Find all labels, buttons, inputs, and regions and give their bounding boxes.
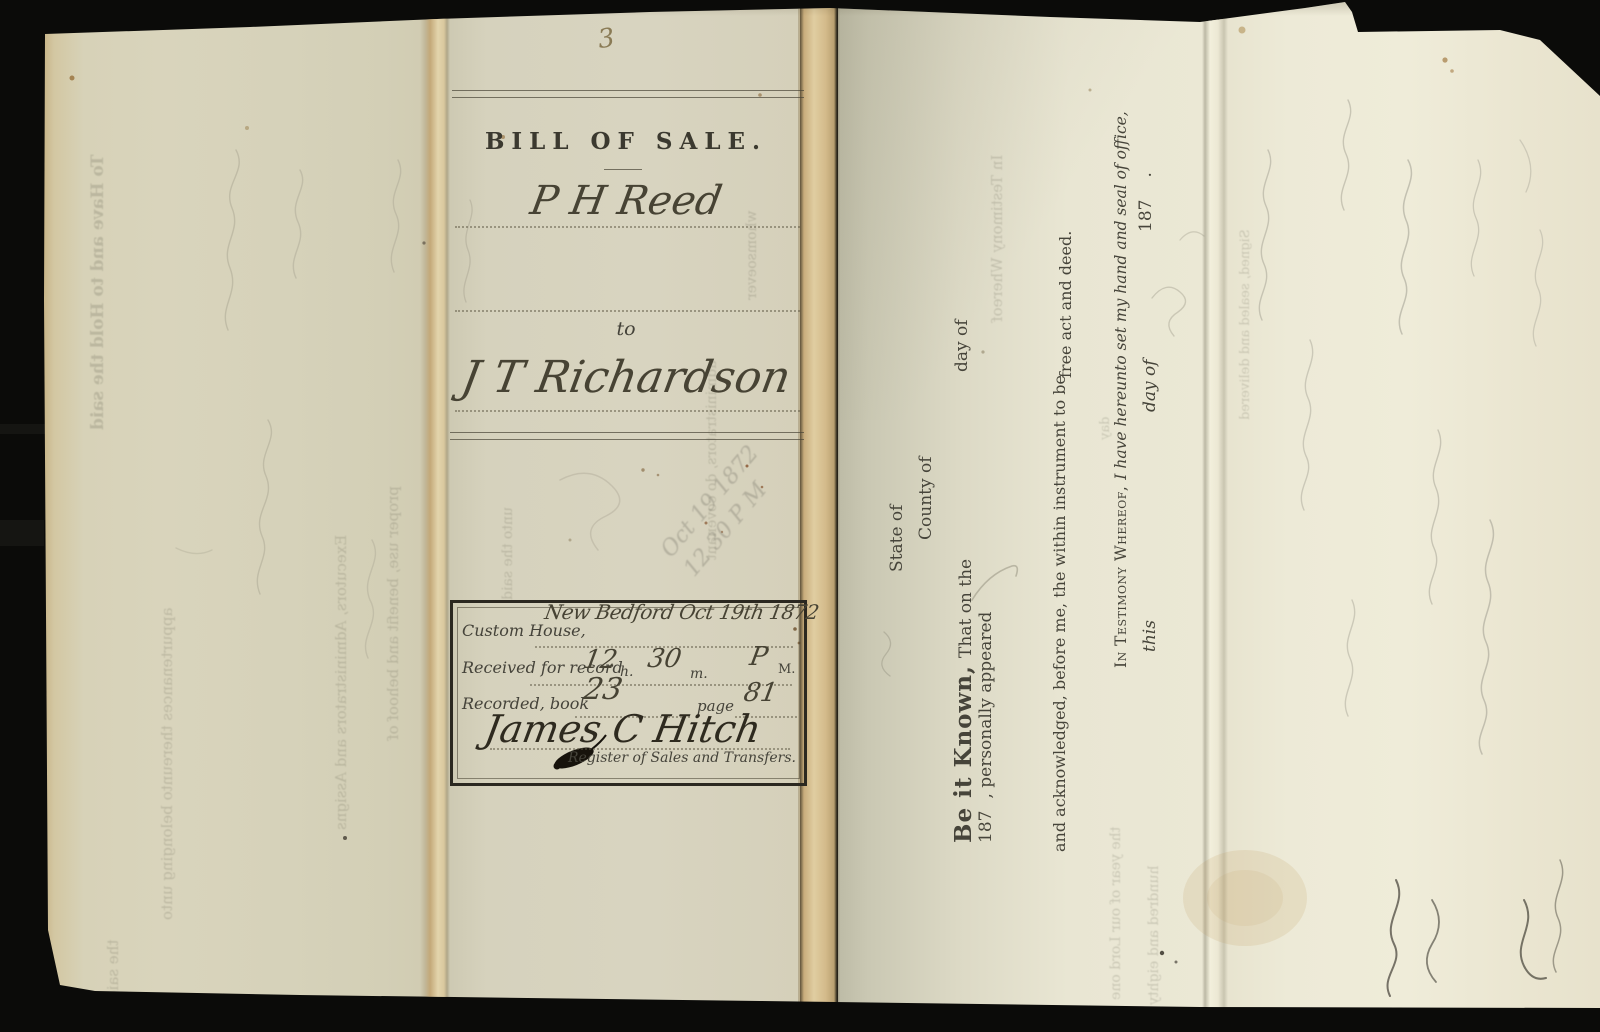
- day-of-blank-2: day of: [1140, 359, 1160, 412]
- buyer-name-handwritten: J T Richardson: [452, 352, 800, 403]
- folded-paper: To Have and to Hold the said appurtenanc…: [0, 0, 1600, 1032]
- scanner-streak: [0, 520, 44, 546]
- page-number-handwritten: 81: [744, 678, 777, 708]
- year-personally-appeared-line: 187, personally appeared: [976, 612, 996, 843]
- bleedthrough-text: In Testimony Whereof: [988, 155, 1006, 322]
- docket-connector: to: [452, 318, 800, 340]
- day-of-blank: day of: [952, 319, 972, 372]
- bleedthrough-text: Signed, sealed and delivered: [1238, 229, 1253, 420]
- panel-c-pencil-marks: [882, 232, 1204, 676]
- bleedthrough-text: day: [1098, 417, 1113, 440]
- testimony-line: In Testimony Whereof,I have hereunto set…: [1112, 111, 1130, 668]
- dotted-line: [455, 410, 800, 412]
- state-of-label: State of: [887, 505, 907, 572]
- meridiem-handwritten: P: [750, 642, 768, 672]
- stains-and-pencil-marks: [0, 0, 1600, 1032]
- panel-a-handwriting-bleed: [176, 150, 401, 658]
- bleedthrough-text: hundred and eighty: [1146, 866, 1162, 1005]
- minutes-unit: m.: [690, 666, 708, 682]
- bleedthrough-text: Executors, Administrators and Assigns: [332, 535, 350, 830]
- bleedthrough-text: the said: [104, 940, 122, 1000]
- be-it-known-line: Be it Known,That on the: [950, 559, 977, 843]
- scanner-streak: [0, 424, 46, 434]
- book-number-handwritten: 23: [584, 672, 622, 707]
- scanned-document-page: To Have and to Hold the said appurtenanc…: [0, 0, 1600, 1032]
- double-rule-top: [452, 90, 804, 98]
- bleedthrough-text: To Have and to Hold the said: [88, 155, 108, 430]
- county-of-label: County of: [916, 456, 936, 540]
- bleedthrough-text: the year of our Lord one: [1108, 827, 1124, 1000]
- bleedthrough-text: whomsoever: [744, 211, 760, 301]
- bleedthrough-text: unto the said: [500, 507, 516, 600]
- free-act-line: free act and deed.: [1056, 231, 1075, 378]
- meridiem-unit: M.: [778, 662, 795, 677]
- year-blank-2: 187.: [1136, 172, 1156, 232]
- custom-house-value-handwritten: New Bedford Oct 19th 1872: [545, 600, 818, 624]
- acknowledged-line: and acknowledged, before me, the within …: [1050, 375, 1069, 852]
- bleedthrough-text: proper use, benefit and behoof of: [384, 486, 402, 740]
- short-rule: [604, 169, 642, 170]
- this-blank: this: [1140, 620, 1160, 652]
- signer-title: Register of Sales and Transfers.: [558, 750, 796, 766]
- bleedthrough-text: appurtenances thereunto belonging unto: [158, 608, 176, 920]
- tan-stain: [1183, 850, 1307, 946]
- panel-d-pencil-writing: [1259, 100, 1562, 996]
- minutes-handwritten: 30: [648, 644, 681, 674]
- registrar-signature: James C Hitch: [485, 707, 760, 751]
- double-rule-bottom: [450, 432, 804, 440]
- dotted-line: [455, 310, 800, 312]
- hours-handwritten: 12: [584, 645, 617, 675]
- docket-title: BILL OF SALE.: [452, 128, 800, 155]
